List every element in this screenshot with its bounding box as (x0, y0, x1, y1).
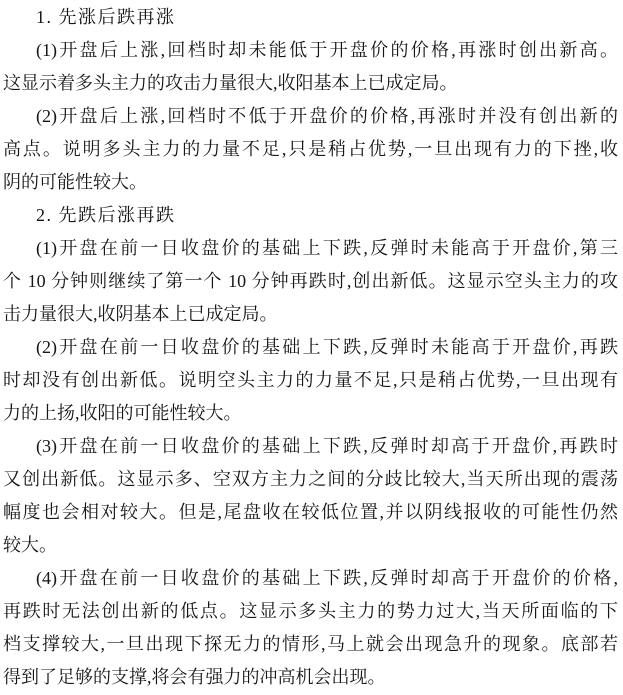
text-line: 时却没有创出新低。说明空头主力的力量不足,只是稍占优势,一旦出现有 (3, 364, 618, 397)
text-line: 再跌时无法创出新的低点。这显示多头主力的势力过大,当天所面临的下 (3, 595, 618, 628)
text-line: (1)开盘在前一日收盘价的基础上下跌,反弹时未能高于开盘价,第三 (3, 232, 618, 265)
text-line: (4)开盘在前一日收盘价的基础上下跌,反弹时却高于开盘价的价格, (3, 562, 618, 595)
text-column: 1. 先涨后跌再涨(1)开盘后上涨,回档时却未能低于开盘价的价格,再涨时创出新高… (3, 1, 618, 694)
text-line: 幅度也会相对较大。但是,尾盘收在较低位置,并以阴线报收的可能性仍然 (3, 496, 618, 529)
text-line: 较大。 (3, 529, 618, 562)
paragraph: (3)开盘在前一日收盘价的基础上下跌,反弹时却高于开盘价,再跌时又创出新低。这显… (3, 430, 618, 562)
paragraph: (4)开盘在前一日收盘价的基础上下跌,反弹时却高于开盘价的价格,再跌时无法创出新… (3, 562, 618, 694)
page: 1. 先涨后跌再涨(1)开盘后上涨,回档时却未能低于开盘价的价格,再涨时创出新高… (0, 0, 623, 695)
text-line: (3)开盘在前一日收盘价的基础上下跌,反弹时却高于开盘价,再跌时 (3, 430, 618, 463)
text-line: 击力量很大,收阴基本上已成定局。 (3, 298, 618, 331)
text-line: 1. 先涨后跌再涨 (3, 1, 618, 34)
text-line: 这显示着多头主力的攻击力量很大,收阳基本上已成定局。 (3, 67, 618, 100)
paragraph: (1)开盘在前一日收盘价的基础上下跌,反弹时未能高于开盘价,第三个 10 分钟则… (3, 232, 618, 331)
text-line: 档支撑较大,一旦出现下探无力的情形,马上就会出现急升的现象。底部若 (3, 628, 618, 661)
text-line: (2)开盘后上涨,回档时不低于开盘价的价格,再涨时并没有创出新的 (3, 100, 618, 133)
text-line: 阴的可能性较大。 (3, 166, 618, 199)
paragraph: (1)开盘后上涨,回档时却未能低于开盘价的价格,再涨时创出新高。这显示着多头主力… (3, 34, 618, 100)
section-heading: 1. 先涨后跌再涨 (3, 1, 618, 34)
text-line: 力的上扬,收阳的可能性较大。 (3, 397, 618, 430)
text-line: 个 10 分钟则继续了第一个 10 分钟再跌时,创出新低。这显示空头主力的攻 (3, 265, 618, 298)
text-line: 2. 先跌后涨再跌 (3, 199, 618, 232)
text-line: 得到了足够的支撑,将会有强力的冲高机会出现。 (3, 661, 618, 694)
text-line: (1)开盘后上涨,回档时却未能低于开盘价的价格,再涨时创出新高。 (3, 34, 618, 67)
paragraph: (2)开盘在前一日收盘价的基础上下跌,反弹时未能高于开盘价,再跌时却没有创出新低… (3, 331, 618, 430)
section-heading: 2. 先跌后涨再跌 (3, 199, 618, 232)
text-line: (2)开盘在前一日收盘价的基础上下跌,反弹时未能高于开盘价,再跌 (3, 331, 618, 364)
paragraph: (2)开盘后上涨,回档时不低于开盘价的价格,再涨时并没有创出新的高点。说明多头主… (3, 100, 618, 199)
text-line: 又创出新低。这显示多、空双方主力之间的分歧比较大,当天所出现的震荡 (3, 463, 618, 496)
text-line: 高点。说明多头主力的力量不足,只是稍占优势,一旦出现有力的下挫,收 (3, 133, 618, 166)
